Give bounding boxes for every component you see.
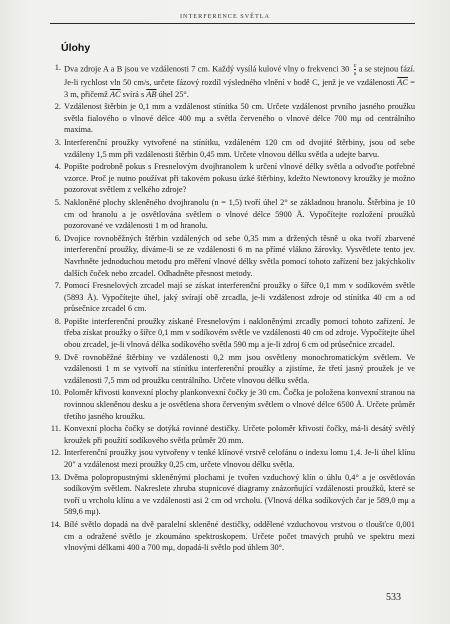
segment-ab: AB xyxy=(146,90,156,99)
problem-text: Konvexní plocha čočky se dotýká rovinné … xyxy=(64,424,415,445)
header-rule xyxy=(50,23,415,24)
problem-text: Interferenční proužky vytvořené na stíní… xyxy=(64,138,415,159)
problem-8: 8.Popište interferenční proužky získané … xyxy=(43,316,415,351)
problem-text: Dvě rovnoběžné štěrbiny ve vzdálenosti 0… xyxy=(64,353,415,385)
problem-text: Dva zdroje A a B jsou ve vzdálenosti 7 c… xyxy=(64,64,349,73)
problem-text: úhel 25°. xyxy=(156,90,188,99)
problem-text: Nakloněné plochy skleněného dvojhranolu … xyxy=(64,198,415,230)
problem-text: Dvojice rovnoběžných štěrbin vzdálených … xyxy=(64,234,415,278)
problem-number: 7. xyxy=(43,280,61,292)
problem-13: 13.Dvěma polopropustnými skleněnými ploc… xyxy=(43,472,415,518)
problem-6: 6.Dvojice rovnoběžných štěrbin vzdálenýc… xyxy=(43,233,415,279)
problem-12: 12.Interferenční proužky jsou vytvořeny … xyxy=(43,447,415,470)
problem-number: 11. xyxy=(43,423,61,435)
problem-11: 11.Konvexní plocha čočky se dotýká rovin… xyxy=(43,423,415,446)
problem-text: Dvěma polopropustnými skleněnými plocham… xyxy=(64,473,415,517)
segment-ac: AC xyxy=(397,78,408,87)
problem-text: Bílé světlo dopadá na dvě paralelní skle… xyxy=(64,520,415,552)
problem-text: Vzdálenost štěrbin je 0,1 mm a vzdálenos… xyxy=(64,102,415,134)
problem-1: 1. Dva zdroje A a B jsou ve vzdálenosti … xyxy=(43,62,415,100)
section-title: Úlohy xyxy=(61,42,90,54)
problem-number: 9. xyxy=(43,352,61,364)
fraction-c-over-s: cs xyxy=(354,62,357,77)
page-number: 533 xyxy=(386,592,401,603)
problem-number: 3. xyxy=(43,137,61,149)
problem-5: 5.Nakloněné plochy skleněného dvojhranol… xyxy=(43,197,415,232)
problem-text: Interferenční proužky jsou vytvořeny v t… xyxy=(64,448,415,469)
problem-4: 4.Popište podrobně pokus s Fresnelovým d… xyxy=(43,161,415,196)
problem-number: 2. xyxy=(43,101,61,113)
problem-number: 5. xyxy=(43,197,61,209)
problem-number: 10. xyxy=(43,387,61,399)
problem-number: 1. xyxy=(43,62,61,74)
problem-number: 14. xyxy=(43,519,61,531)
running-head: INTERFERENCE SVĚTLA xyxy=(0,13,450,20)
problem-2: 2.Vzdálenost štěrbin je 0,1 mm a vzdálen… xyxy=(43,101,415,136)
problem-10: 10.Poloměr křivosti konvexní plochy plan… xyxy=(43,387,415,422)
problem-7: 7.Pomocí Fresnelových zrcadel mají se zí… xyxy=(43,280,415,315)
problem-number: 13. xyxy=(43,472,61,484)
problem-number: 12. xyxy=(43,447,61,459)
fraction-numerator: c xyxy=(354,62,357,69)
problem-3: 3.Interferenční proužky vytvořené na stí… xyxy=(43,137,415,160)
segment-ac: AC xyxy=(110,90,121,99)
problem-text: Poloměr křivosti konvexní plochy plankon… xyxy=(64,388,415,420)
problem-number: 6. xyxy=(43,233,61,245)
problem-list: 1. Dva zdroje A a B jsou ve vzdálenosti … xyxy=(43,62,415,555)
problem-text: Popište interferenční proužky získané Fr… xyxy=(64,317,415,349)
book-page: INTERFERENCE SVĚTLA Úlohy 1. Dva zdroje … xyxy=(0,0,450,624)
problem-number: 8. xyxy=(43,316,61,328)
fraction-denominator: s xyxy=(354,69,357,77)
problem-text: Popište podrobně pokus s Fresnelovým dvo… xyxy=(64,162,415,194)
problem-9: 9.Dvě rovnoběžné štěrbiny ve vzdálenosti… xyxy=(43,352,415,387)
problem-14: 14.Bílé světlo dopadá na dvě paralelní s… xyxy=(43,519,415,554)
problem-number: 4. xyxy=(43,161,61,173)
problem-text: svírá s xyxy=(121,90,147,99)
problem-text: Pomocí Fresnelových zrcadel mají se získ… xyxy=(64,281,415,313)
